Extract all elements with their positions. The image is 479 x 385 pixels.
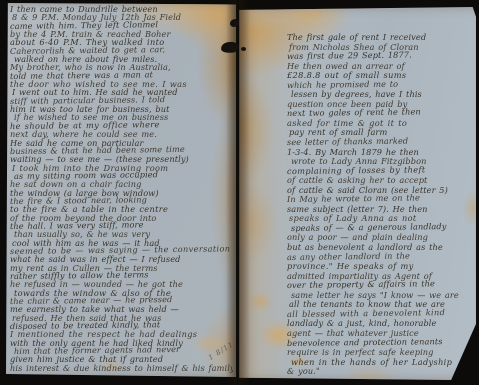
handwriting-line: Cahercorlish & waited to get a car, <box>10 44 233 55</box>
handwriting-line: speaks of — & a generous landlady <box>287 222 474 234</box>
handwriting-line: all blessed with a benevolent kind <box>287 308 474 320</box>
handwriting-line: next two gales of rent he then <box>287 107 474 119</box>
ink-blot <box>230 19 239 27</box>
handwriting-line: see letter of thanks marked <box>287 136 474 148</box>
handwriting-line: disposed to be treated kindly, that <box>10 319 233 330</box>
handwriting-line: rather stiffly to allow the terms <box>10 269 233 280</box>
handwriting-line: over the property & affairs in the <box>287 279 474 291</box>
handwriting-line: benevolence and protection tenants <box>287 336 474 348</box>
letter-right-page: The first gale of rent I receivedfrom Ni… <box>239 7 476 380</box>
handwriting-line: the hall. I was very stiff, more <box>10 219 233 230</box>
handwriting-line: as any other landlord in the <box>287 250 474 262</box>
right-page-text: The first gale of rent I receivedfrom Ni… <box>287 33 474 378</box>
left-page-text: I then came to Dundrille between8 & 9 P.… <box>10 5 233 375</box>
handwriting-line: the fire & I stood near, looking <box>10 194 233 205</box>
handwriting-line: In May he wrote to me on the <box>287 193 474 205</box>
handwriting-line: seemed to be — was saying — the conversa… <box>10 244 233 255</box>
ink-blot <box>241 47 246 51</box>
handwriting-line: he should be at my office where <box>10 119 233 130</box>
handwriting-line: as my sitting room was occupied <box>10 169 233 180</box>
handwriting-line: stiff with particular business. I told <box>10 94 233 105</box>
letter-photograph: I then came to Dundrille between8 & 9 P.… <box>0 0 479 385</box>
handwriting-line: his interest & due kindness to himself &… <box>10 364 233 372</box>
handwriting-line: complaining of losses by theft <box>287 164 474 176</box>
handwriting-line: & you." <box>287 365 474 377</box>
handwriting-line: came with him. They left Clonmel <box>10 19 233 30</box>
letter-left-page: I then came to Dundrille between8 & 9 P.… <box>6 3 236 377</box>
handwriting-line: business & that he had been some time <box>10 144 233 155</box>
handwriting-line: him that the former agents had never <box>10 344 233 355</box>
handwriting-line: which he promised me to <box>287 78 474 90</box>
handwriting-line: the chair & came near — he pressed <box>10 294 233 305</box>
handwriting-line: told me that there was a man at <box>10 69 233 80</box>
handwriting-line: was first due 29 Sept. 1877. <box>287 50 474 62</box>
